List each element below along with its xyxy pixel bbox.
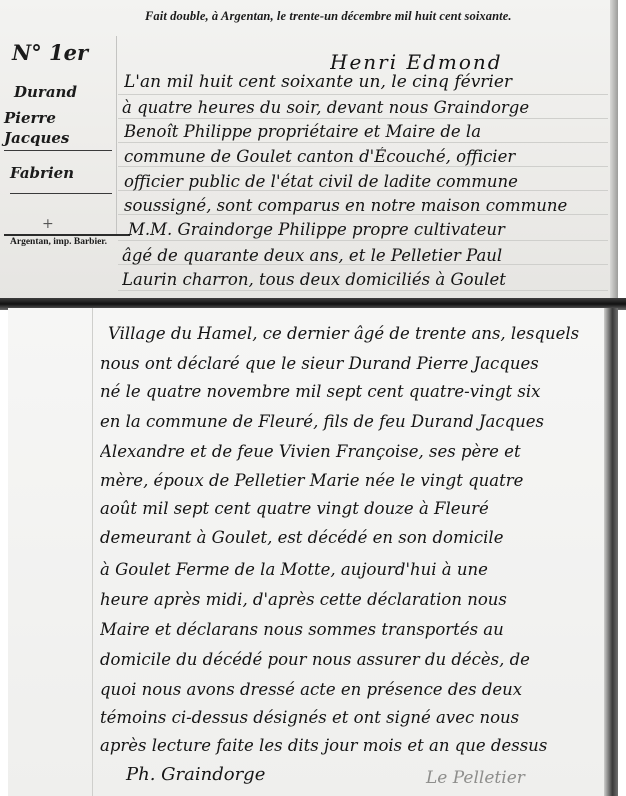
ruled-line (118, 166, 608, 167)
body-line: août mil sept cent quatre vingt douze à … (100, 499, 604, 518)
body-line: Laurin charron, tous deux domiciliés à G… (122, 270, 606, 289)
ruled-line (118, 94, 608, 95)
body-line: mère, époux de Pelletier Marie née le vi… (100, 471, 604, 490)
act-number: N° 1er (12, 40, 112, 66)
body-line: Maire et déclarans nous sommes transport… (100, 620, 604, 639)
correction-note: Henri Edmond (330, 50, 503, 74)
body-line: à Goulet Ferme de la Motte, aujourd'hui … (100, 560, 604, 579)
body-line: commune de Goulet canton d'Écouché, offi… (124, 147, 604, 166)
body-line: heure après midi, d'après cette déclarat… (100, 590, 604, 609)
signature-mayor: Ph. Graindorge (126, 764, 265, 785)
body-line: nous ont déclaré que le sieur Durand Pie… (100, 354, 604, 373)
body-line: soussigné, sont comparus en notre maison… (124, 196, 606, 215)
ruled-line (118, 118, 608, 119)
ruled-line (118, 290, 608, 291)
deceased-given-names: Pierre Jacques (4, 108, 112, 151)
margin-rule (92, 308, 93, 796)
body-line: après lecture faite les dits jour mois e… (100, 736, 604, 755)
body-line: Village du Hamel, ce dernier âgé de tren… (108, 324, 604, 343)
ruled-line (118, 240, 608, 241)
body-line: Benoît Philippe propriétaire et Maire de… (124, 122, 604, 141)
body-line: en la commune de Fleuré, fils de feu Dur… (100, 412, 604, 431)
deceased-given-names-2: Fabrien (10, 163, 112, 194)
body-line: à quatre heures du soir, devant nous Gra… (122, 98, 606, 117)
body-line: né le quatre novembre mil sept cent quat… (100, 382, 604, 401)
ruled-line (118, 142, 608, 143)
margin-rule (116, 36, 117, 236)
register-page-top: Fait double, à Argentan, le trente-un dé… (0, 0, 618, 302)
register-page-bottom: Village du Hamel, ce dernier âgé de tren… (8, 308, 618, 796)
body-line: M.M. Graindorge Philippe propre cultivat… (128, 220, 608, 239)
signature-witness: Le Pelletier (426, 768, 525, 788)
cross-mark-icon: + (42, 216, 112, 232)
body-line: témoins ci-dessus désignés et ont signé … (100, 708, 604, 727)
printer-rule (4, 234, 130, 236)
body-line: âgé de quarante deux ans, et le Pelletie… (122, 246, 606, 265)
body-line: Alexandre et de feue Vivien Françoise, s… (100, 442, 604, 461)
body-line: demeurant à Goulet, est décédé en son do… (100, 528, 604, 547)
body-line: officier public de l'état civil de ladit… (124, 172, 604, 191)
printed-header: Fait double, à Argentan, le trente-un dé… (145, 9, 585, 24)
body-line: domicile du décédé pour nous assurer du … (100, 650, 604, 669)
deceased-surname: Durand (14, 82, 112, 102)
printer-imprint: Argentan, imp. Barbier. (10, 237, 107, 247)
margin-annotation: N° 1er Durand Pierre Jacques Fabrien + (4, 40, 112, 232)
body-line: L'an mil huit cent soixante un, le cinq … (124, 72, 604, 92)
body-line: quoi nous avons dressé acte en présence … (100, 680, 604, 699)
